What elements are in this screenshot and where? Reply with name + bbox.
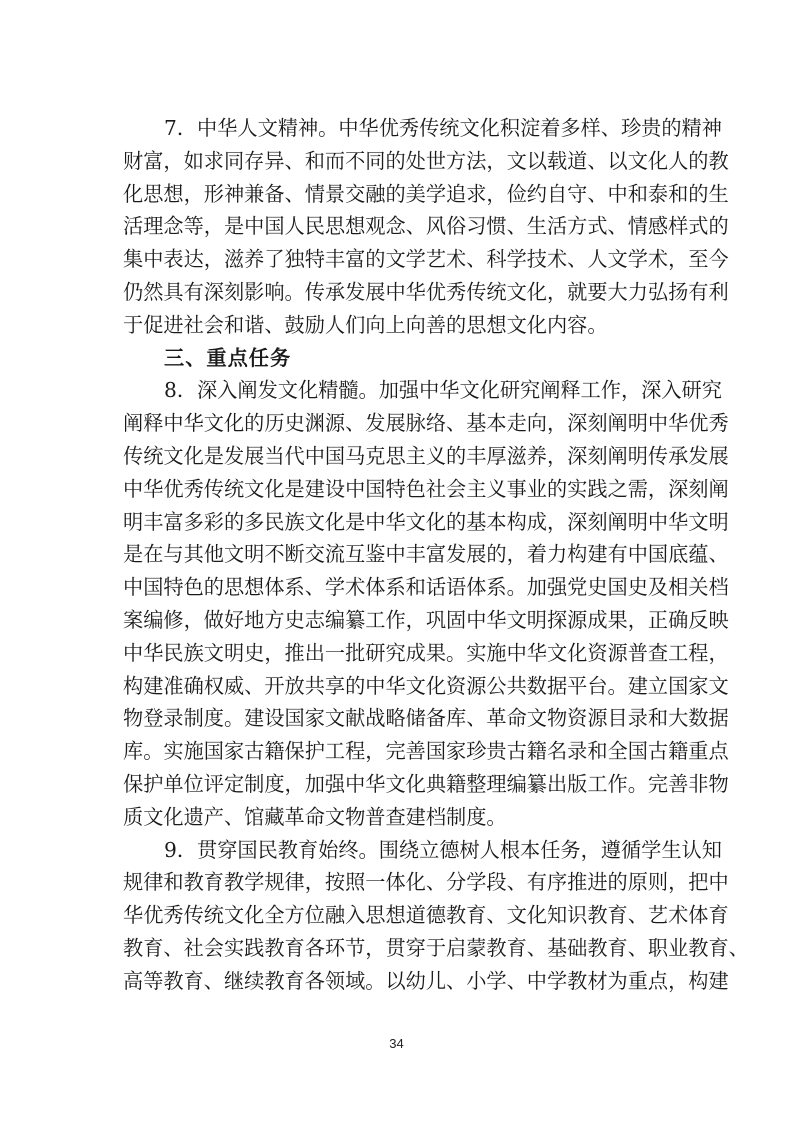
paragraph-line: 案编修，做好地方史志编纂工作，巩固中华文明探源成果，正确反映 bbox=[123, 604, 671, 637]
paragraph-line: 质文化遗产、馆藏革命文物普查建档制度。 bbox=[123, 801, 671, 834]
document-page-body: 7．中华人文精神。中华优秀传统文化积淀着多样、珍贵的精神 财富，如求同存异、和而… bbox=[123, 112, 671, 998]
paragraph-8: 8．深入阐发文化精髓。加强中华文化研究阐释工作，深入研究 阐释中华文化的历史渊源… bbox=[123, 374, 671, 833]
paragraph-line: 库。实施国家古籍保护工程，完善国家珍贵古籍名录和全国古籍重点 bbox=[123, 735, 671, 768]
paragraph-9: 9．贯穿国民教育始终。围绕立德树人根本任务，遵循学生认知 规律和教育教学规律，按… bbox=[123, 834, 671, 998]
paragraph-line: 华优秀传统文化全方位融入思想道德教育、文化知识教育、艺术体育 bbox=[123, 899, 671, 932]
paragraph-line: 活理念等，是中国人民思想观念、风俗习惯、生活方式、情感样式的 bbox=[123, 210, 671, 243]
paragraph-line: 仍然具有深刻影响。传承发展中华优秀传统文化，就要大力弘扬有利 bbox=[123, 276, 671, 309]
paragraph-line: 阐释中华文化的历史渊源、发展脉络、基本走向，深刻阐明中华优秀 bbox=[123, 407, 671, 440]
paragraph-line: 中华民族文明史，推出一批研究成果。实施中华文化资源普查工程， bbox=[123, 637, 671, 670]
paragraph-line: 中国特色的思想体系、学术体系和话语体系。加强党史国史及相关档 bbox=[123, 571, 671, 604]
paragraph-line: 8．深入阐发文化精髓。加强中华文化研究阐释工作，深入研究 bbox=[123, 374, 671, 407]
paragraph-line: 规律和教育教学规律，按照一体化、分学段、有序推进的原则，把中 bbox=[123, 866, 671, 899]
paragraph-7: 7．中华人文精神。中华优秀传统文化积淀着多样、珍贵的精神 财富，如求同存异、和而… bbox=[123, 112, 671, 342]
paragraph-line: 中华优秀传统文化是建设中国特色社会主义事业的实践之需，深刻阐 bbox=[123, 473, 671, 506]
paragraph-line: 于促进社会和谐、鼓励人们向上向善的思想文化内容。 bbox=[123, 309, 671, 342]
paragraph-line: 构建准确权威、开放共享的中华文化资源公共数据平台。建立国家文 bbox=[123, 670, 671, 703]
paragraph-line: 教育、社会实践教育各环节，贯穿于启蒙教育、基础教育、职业教育、 bbox=[123, 932, 671, 965]
page-number: 34 bbox=[0, 1036, 793, 1051]
paragraph-line: 保护单位评定制度，加强中华文化典籍整理编纂出版工作。完善非物 bbox=[123, 768, 671, 801]
paragraph-line: 7．中华人文精神。中华优秀传统文化积淀着多样、珍贵的精神 bbox=[123, 112, 671, 145]
section-heading: 三、重点任务 bbox=[123, 342, 671, 375]
paragraph-line: 化思想，形神兼备、情景交融的美学追求，俭约自守、中和泰和的生 bbox=[123, 178, 671, 211]
paragraph-line: 明丰富多彩的多民族文化是中华文化的基本构成，深刻阐明中华文明 bbox=[123, 506, 671, 539]
paragraph-line: 9．贯穿国民教育始终。围绕立德树人根本任务，遵循学生认知 bbox=[123, 834, 671, 867]
paragraph-line: 集中表达，滋养了独特丰富的文学艺术、科学技术、人文学术，至今 bbox=[123, 243, 671, 276]
paragraph-line: 是在与其他文明不断交流互鉴中丰富发展的，着力构建有中国底蕴、 bbox=[123, 538, 671, 571]
paragraph-line: 物登录制度。建设国家文献战略储备库、革命文物资源目录和大数据 bbox=[123, 702, 671, 735]
paragraph-line: 财富，如求同存异、和而不同的处世方法，文以载道、以文化人的教 bbox=[123, 145, 671, 178]
paragraph-line: 高等教育、继续教育各领域。以幼儿、小学、中学教材为重点，构建 bbox=[123, 965, 671, 998]
paragraph-line: 传统文化是发展当代中国马克思主义的丰厚滋养，深刻阐明传承发展 bbox=[123, 440, 671, 473]
